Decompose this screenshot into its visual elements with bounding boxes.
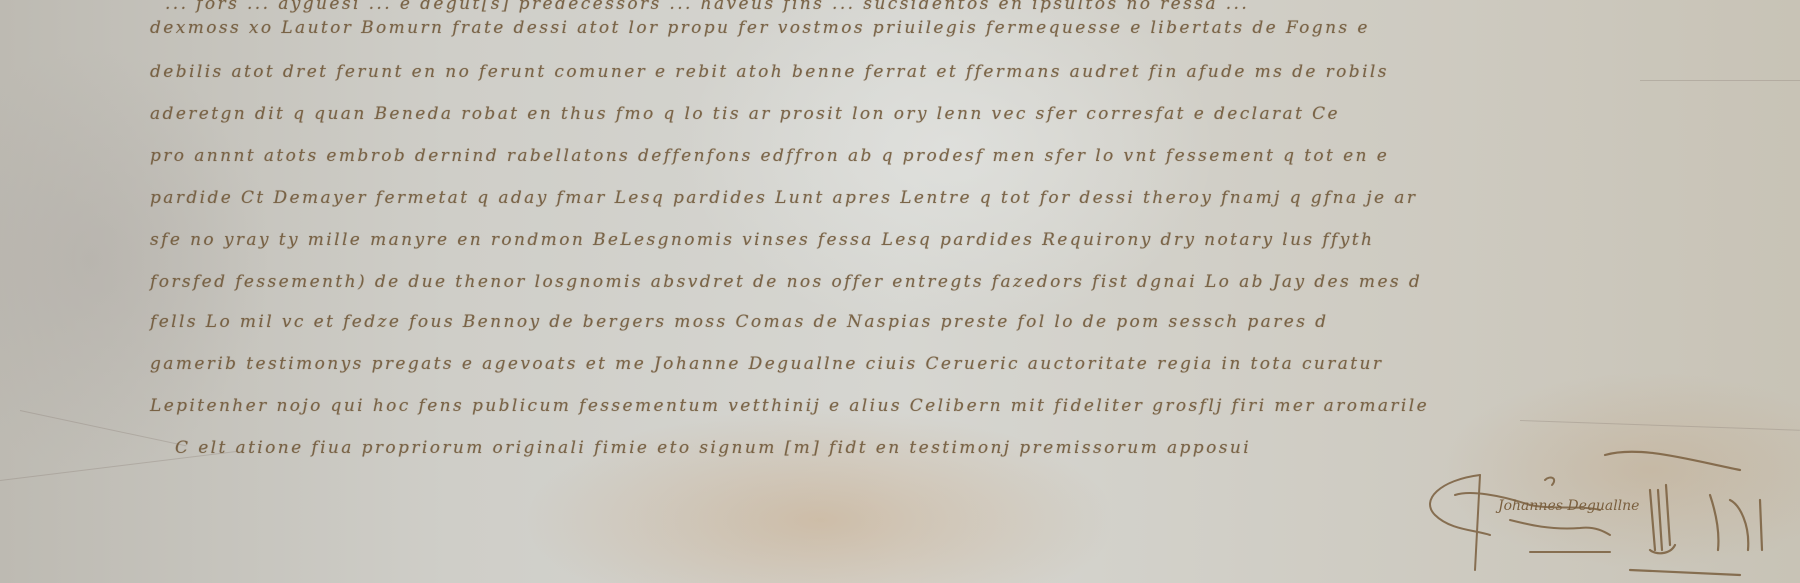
manuscript-line-6: pardide Ct Demayer fermetat q aday fmar …	[150, 188, 1417, 208]
manuscript-line-5: pro annnt atots embrob dernind rabellato…	[150, 146, 1389, 166]
manuscript-line-1: ... fors ... ayguesi ... e degut[s] pred…	[165, 0, 1249, 14]
manuscript-line-10: gamerib testimonys pregats e agevoats et…	[150, 354, 1383, 374]
manuscript-line-9: fells Lo mil vc et fedze fous Bennoy de …	[150, 312, 1328, 332]
manuscript-line-3: debilis atot dret ferunt en no ferunt co…	[150, 62, 1389, 82]
manuscript-line-7: sfe no yray ty mille manyre en rondmon B…	[150, 230, 1374, 250]
manuscript-line-12: C elt atione fiua propriorum originali f…	[175, 438, 1251, 458]
manuscript-line-11: Lepitenher nojo qui hoc fens publicum fe…	[150, 396, 1429, 416]
manuscript-line-8: forsfed fessementh) de due thenor losgno…	[150, 272, 1422, 292]
manuscript-line-4: aderetgn dit q quan Beneda robat en thus…	[150, 104, 1340, 124]
manuscript-line-2: dexmoss xo Lautor Bomurn frate dessi ato…	[150, 18, 1370, 38]
notarial-sign-icon	[1600, 440, 1800, 583]
